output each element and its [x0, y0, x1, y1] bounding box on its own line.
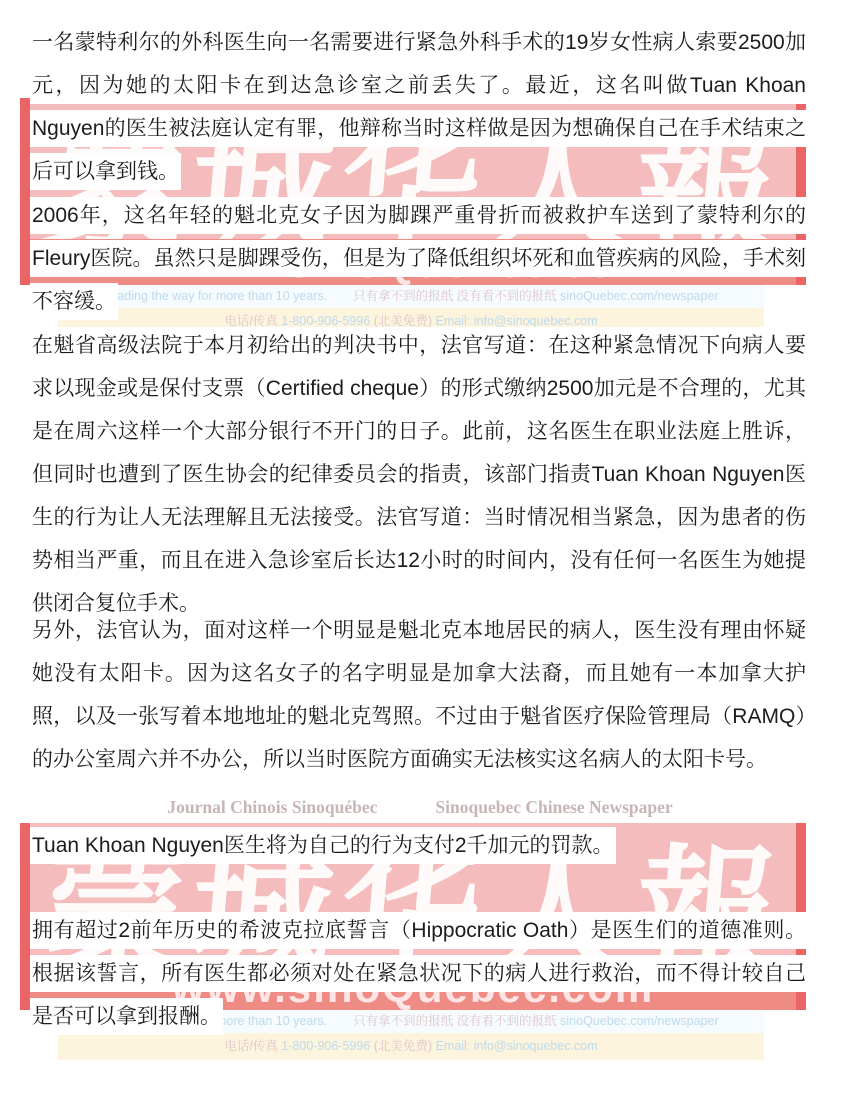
contact-phone-label: 电话/传真 [224, 1039, 277, 1053]
paragraph-text: Tuan Khoan Nguyen医生将为自己的行为支付2千加元的罚款。 [30, 827, 616, 864]
journal-title-french: Journal Chinois Sinoquébec [167, 797, 377, 817]
contact-phone-note: (北美免费) [374, 1039, 432, 1053]
article-paragraph-5: Tuan Khoan Nguyen医生将为自己的行为支付2千加元的罚款。 [30, 824, 808, 867]
paragraph-text: 一名蒙特利尔的外科医生向一名需要进行紧急外科手术的19岁女性病人索要2500加元… [30, 24, 808, 190]
article-paragraph-1: 一名蒙特利尔的外科医生向一名需要进行紧急外科手术的19岁女性病人索要2500加元… [30, 21, 808, 193]
article-paragraph-4: 另外，法官认为，面对这样一个明显是魁北克本地居民的病人，医生没有理由怀疑她没有太… [30, 609, 808, 781]
article-paragraph-2: 2006年，这名年轻的魁北克女子因为脚踝严重骨折而被救护车送到了蒙特利尔的Fle… [30, 194, 808, 323]
contact-email: Email: info@sinoquebec.com [436, 1039, 598, 1053]
newspaper-article-page: Journal Chinois SinoquébecSinoquebec Chi… [0, 0, 841, 1108]
paragraph-text: 2006年，这名年轻的魁北克女子因为脚踝严重骨折而被救护车送到了蒙特利尔的Fle… [30, 197, 808, 320]
journal-title-line: Journal Chinois SinoquébecSinoquebec Chi… [70, 797, 770, 818]
article-paragraph-3: 在魁省高级法院于本月初给出的判决书中，法官写道：在这种紧急情况下向病人要求以现金… [30, 324, 808, 625]
paragraph-text: 拥有超过2前年历史的希波克拉底誓言（Hippocratic Oath）是医生们的… [30, 912, 808, 1035]
contact-phone-number: 1-800-906-5996 [281, 1039, 370, 1053]
paragraph-text: 在魁省高级法院于本月初给出的判决书中，法官写道：在这种紧急情况下向病人要求以现金… [30, 327, 808, 622]
journal-title-english: Sinoquebec Chinese Newspaper [435, 797, 672, 817]
paragraph-text: 另外，法官认为，面对这样一个明显是魁北克本地居民的病人，医生没有理由怀疑她没有太… [30, 612, 808, 778]
article-paragraph-6: 拥有超过2前年历史的希波克拉底誓言（Hippocratic Oath）是医生们的… [30, 909, 808, 1038]
